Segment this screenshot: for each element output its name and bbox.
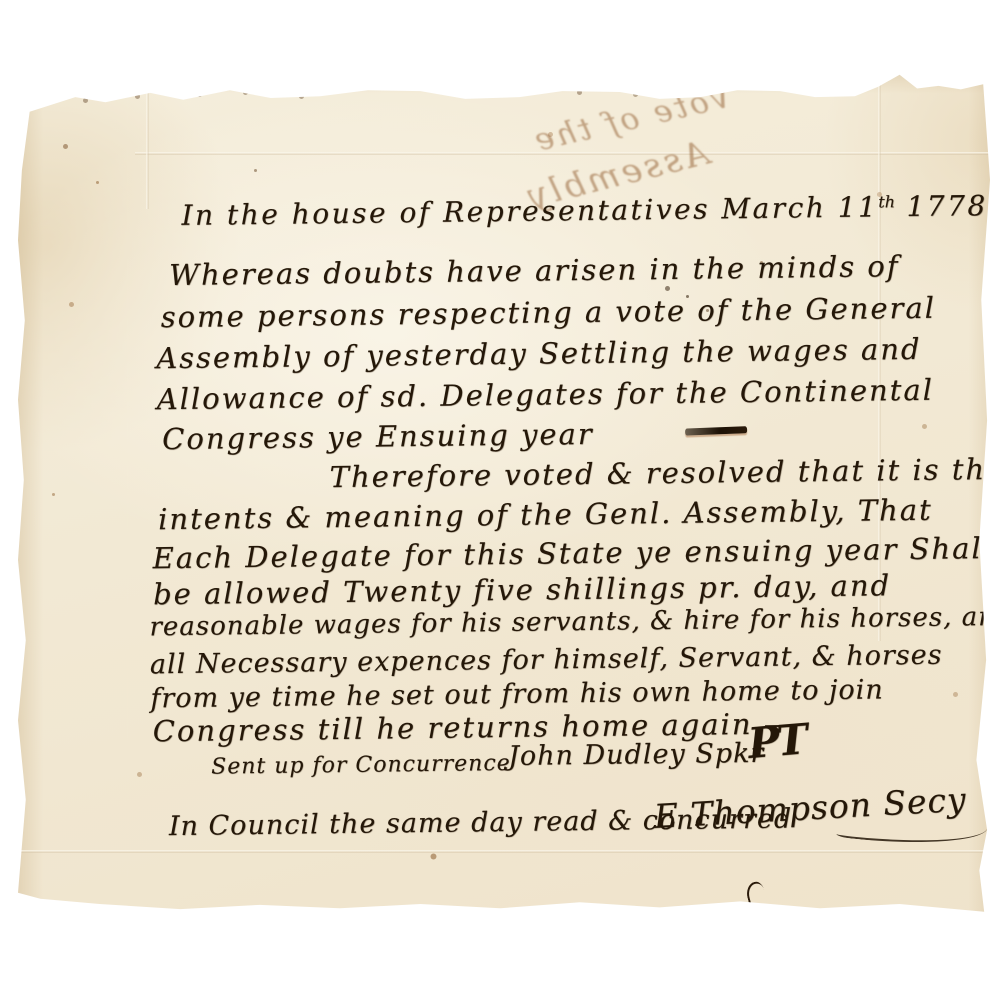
manuscript-line-5: Congress ye Ensuing year bbox=[162, 417, 594, 456]
photo-background: Vote of the Assembly In the house of Rep… bbox=[0, 0, 1000, 1000]
heading-date-superscript: th bbox=[878, 192, 895, 211]
manuscript-paper: Vote of the Assembly In the house of Rep… bbox=[18, 73, 990, 935]
heading-date-post: 1778 — bbox=[895, 189, 1000, 224]
manuscript-line-4: Allowance of sd. Delegates for the Conti… bbox=[156, 373, 934, 416]
attestation-text: Sent up for Concurrence bbox=[211, 751, 511, 780]
speaker-monogram: PT bbox=[746, 714, 807, 767]
manuscript-heading: In the house of Representatives March 11… bbox=[181, 189, 1000, 232]
cutoff-pen-stroke bbox=[744, 880, 768, 908]
manuscript-line-2: some persons respecting a vote of the Ge… bbox=[160, 291, 936, 334]
secretary-signature: E Thompson Secy bbox=[653, 780, 968, 836]
speaker-signature: John Dudley Spkr bbox=[508, 738, 765, 772]
heading-date-pre: In the house of Representatives March 11 bbox=[181, 190, 878, 232]
manuscript-line-1: Whereas doubts have arisen in the minds … bbox=[169, 249, 900, 292]
manuscript-line-6: Therefore voted & resolved that it is th… bbox=[329, 452, 1000, 494]
ink-blot-dash bbox=[685, 426, 747, 435]
foxing-stains bbox=[18, 73, 21, 76]
manuscript-line-3: Assembly of yesterday Settling the wages… bbox=[156, 332, 922, 375]
manuscript-text-block: In the house of Representatives March 11… bbox=[13, 67, 995, 941]
manuscript-line-7: intents & meaning of the Genl. Assembly,… bbox=[158, 493, 933, 536]
